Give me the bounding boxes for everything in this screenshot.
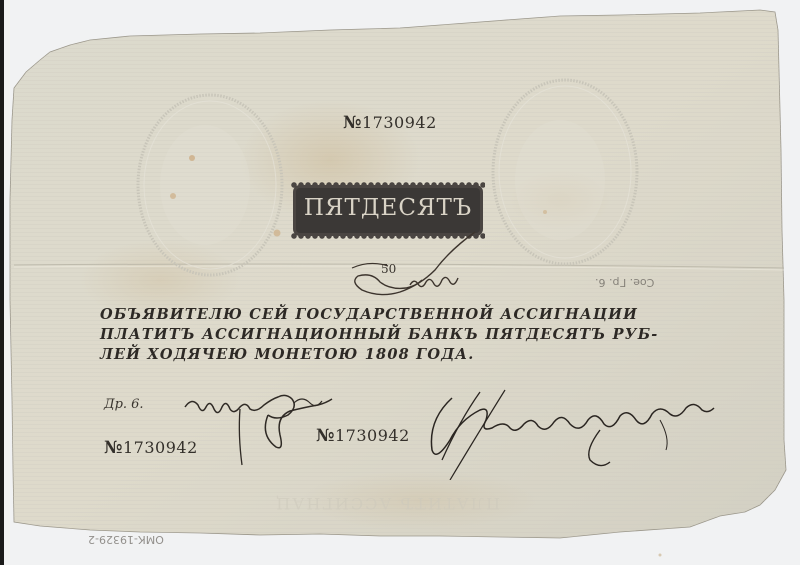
serial-number-bottom-center: №1730942 [316,426,410,446]
denomination-word: ПЯТДЕСЯТЪ [296,195,480,221]
body-text: ОБЪЯВИТЕЛЮ СЕЙ ГОСУДАРСТВЕННОЙ АССИГНАЦИ… [100,305,700,365]
serial-number-bottom-left: №1730942 [104,438,198,458]
serial-digits: 1730942 [123,438,198,457]
pencil-annotation-right: Сое. Гр. 6. [595,276,654,289]
numero-symbol: № [104,438,123,458]
serial-number-top: №1730942 [343,113,437,133]
pencil-annotation-bottom: ОМК-19329-2 [88,533,164,546]
printer-mark: Др. 6. [104,397,144,412]
body-line-1: ОБЪЯВИТЕЛЮ СЕЙ ГОСУДАРСТВЕННОЙ АССИГНАЦИ… [100,305,700,325]
svg-text:ПЛАТИТЪ АССИГНАЦ: ПЛАТИТЪ АССИГНАЦ [274,494,500,513]
numero-symbol: № [343,113,362,133]
signature-top [340,230,490,310]
serial-digits: 1730942 [362,113,437,132]
serial-digits: 1730942 [335,426,410,445]
numero-symbol: № [316,426,335,446]
signature-right [420,380,720,480]
body-line-2: ПЛАТИТЪ АССИГНАЦИОННЫЙ БАНКЪ ПЯТДЕСЯТЪ Р… [100,325,700,345]
body-line-3: ЛЕЙ ХОДЯЧЕЮ МОНЕТОЮ 1808 ГОДА. [100,345,700,365]
denomination-panel: ПЯТДЕСЯТЪ [296,188,480,233]
